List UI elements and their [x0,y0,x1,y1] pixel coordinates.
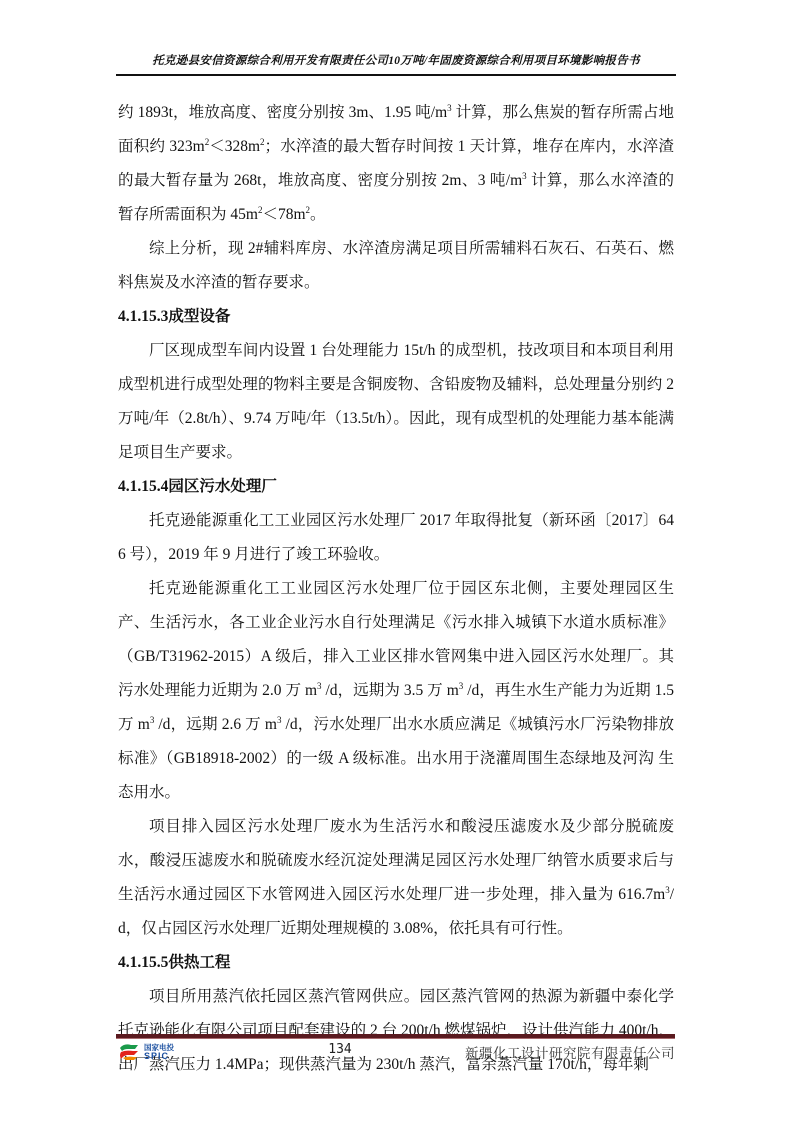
paragraph-wastewater-capacity: 托克逊能源重化工工业园区污水处理厂位于园区东北侧，主要处理园区生产、生活污水，各… [118,572,674,810]
section-heading-heating: 4.1.15.5供热工程 [118,946,674,980]
logo-english-name: SPIC [144,1052,174,1060]
running-header-title: 托克逊县安信资源综合利用开发有限责任公司10万吨/年固废资源综合利用项目环境影响… [116,52,676,68]
paragraph-wastewater-discharge: 项目排入园区污水处理厂废水为生活污水和酸浸压滤废水及少部分脱硫废水，酸浸压滤废水… [118,810,674,946]
header-divider [116,74,676,76]
spic-logo: 国家电投 SPIC [118,1043,174,1061]
footer-divider [116,1034,675,1039]
section-heading-forming-equipment: 4.1.15.3成型设备 [118,300,674,334]
section-heading-wastewater-plant: 4.1.15.4园区污水处理厂 [118,470,674,504]
paragraph-summary: 综上分析，现 2#辅料库房、水淬渣房满足项目所需辅料石灰石、石英石、燃料焦炭及水… [118,232,674,300]
footer-organization: 新疆化工设计研究院有限责任公司 [465,1042,675,1062]
page-number: 134 [300,1042,380,1057]
spic-logo-icon [118,1043,140,1061]
page-body: 约 1893t，堆放高度、密度分别按 3m、1.95 吨/m3 计算，那么焦炭的… [118,96,674,1082]
paragraph-forming-equipment: 厂区现成型车间内设置 1 台处理能力 15t/h 的成型机，技改项目和本项目利用… [118,334,674,470]
paragraph-wastewater-approval: 托克逊能源重化工工业园区污水处理厂 2017 年取得批复（新环函〔2017〕64… [118,504,674,572]
paragraph-storage-calc: 约 1893t，堆放高度、密度分别按 3m、1.95 吨/m3 计算，那么焦炭的… [118,96,674,232]
paragraph-heating-supply: 项目所用蒸汽依托园区蒸汽管网供应。园区蒸汽管网的热源为新疆中泰化学托克逊能化有限… [118,980,674,1082]
